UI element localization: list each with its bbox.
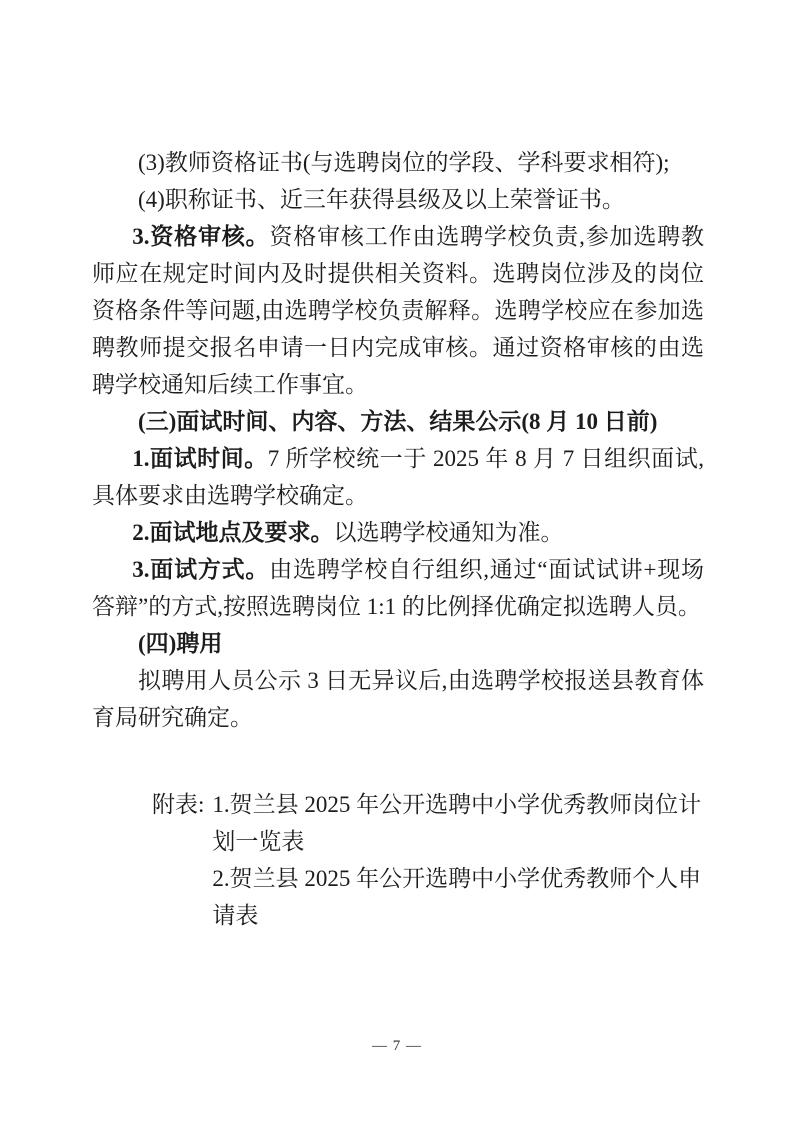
paragraph-qualification-review: 3.资格审核。资格审核工作由选聘学校负责,参加选聘教师应在规定时间内及时提供相关… [92,218,704,403]
document-body: (3)教师资格证书(与选聘岗位的学段、学科要求相符); (4)职称证书、近三年获… [92,144,704,934]
appendix-items: 1.贺兰县 2025 年公开选聘中小学优秀教师岗位计划一览表 2.贺兰县 202… [212,786,704,934]
paragraph-interview-location: 2.面试地点及要求。以选聘学校通知为准。 [92,514,704,551]
appendix-item-2: 2.贺兰县 2025 年公开选聘中小学优秀教师个人申请表 [212,860,704,934]
paragraph-certificate-item-4: (4)职称证书、近三年获得县级及以上荣誉证书。 [92,181,704,218]
paragraph-interview-method: 3.面试方式。由选聘学校自行组织,通过“面试试讲+现场答辩”的方式,按照选聘岗位… [92,551,704,625]
heading-interview-section: (三)面试时间、内容、方法、结果公示(8 月 10 日前) [92,403,704,440]
page-number: — 7 — [0,1038,794,1055]
qualification-review-text: 资格审核工作由选聘学校负责,参加选聘教师应在规定时间内及时提供相关资料。选聘岗位… [92,224,704,397]
document-page: (3)教师资格证书(与选聘岗位的学段、学科要求相符); (4)职称证书、近三年获… [0,0,794,1123]
interview-time-label: 1.面试时间。 [132,446,267,471]
paragraph-employment: 拟聘用人员公示 3 日无异议后,由选聘学校报送县教育体育局研究确定。 [92,662,704,736]
paragraph-certificate-item-3: (3)教师资格证书(与选聘岗位的学段、学科要求相符); [92,144,704,181]
appendix-item-1: 1.贺兰县 2025 年公开选聘中小学优秀教师岗位计划一览表 [212,786,704,860]
appendix: 附表: 1.贺兰县 2025 年公开选聘中小学优秀教师岗位计划一览表 2.贺兰县… [92,786,704,934]
heading-employment-section: (四)聘用 [92,625,704,662]
appendix-label: 附表: [152,786,212,934]
paragraph-interview-time: 1.面试时间。7 所学校统一于 2025 年 8 月 7 日组织面试,具体要求由… [92,440,704,514]
interview-location-text: 以选聘学校通知为准。 [334,520,564,545]
qualification-review-label: 3.资格审核。 [132,224,269,249]
interview-location-label: 2.面试地点及要求。 [132,520,333,545]
interview-method-label: 3.面试方式。 [132,557,269,582]
